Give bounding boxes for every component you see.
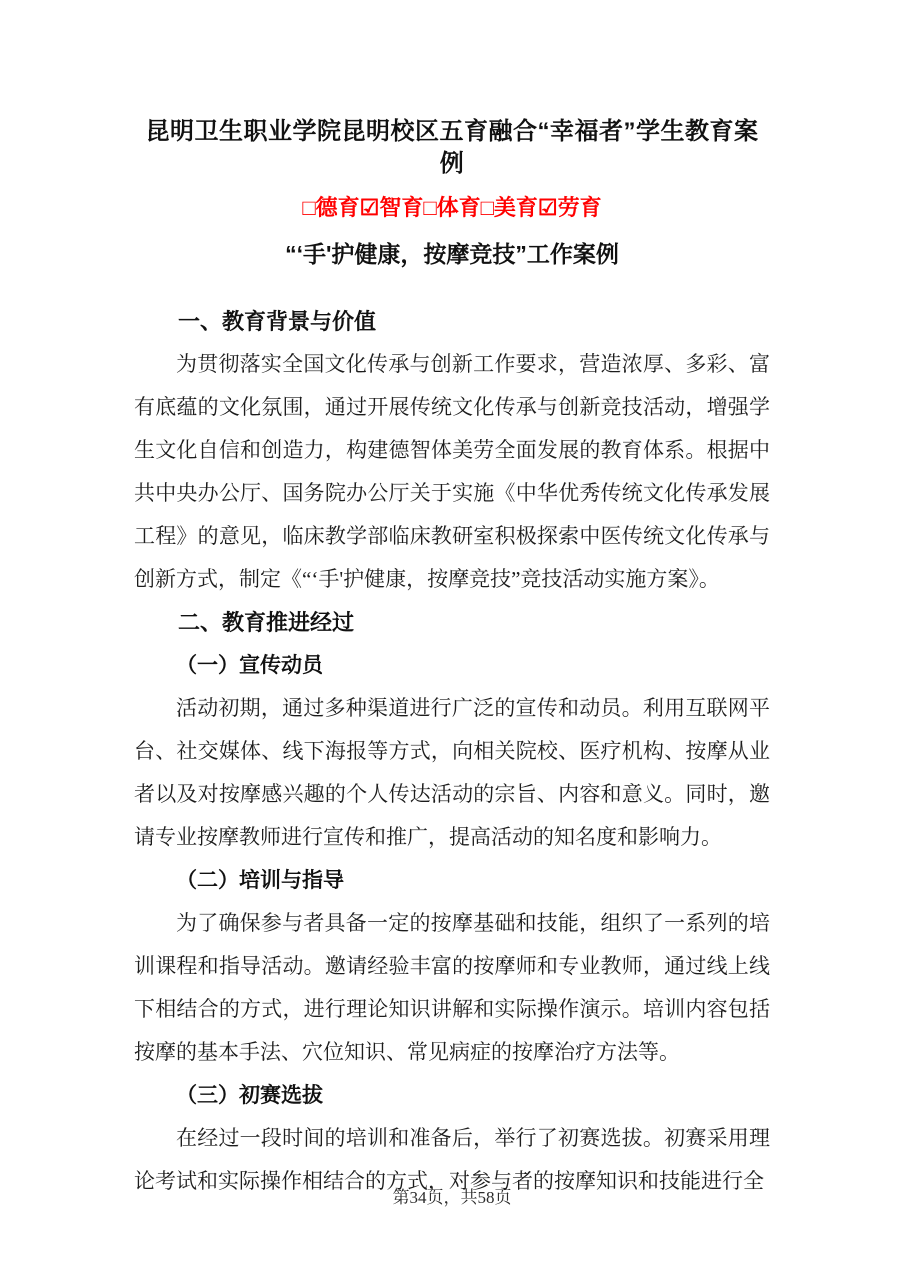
- subsection-2-1-heading: （一）宣传动员: [134, 644, 770, 687]
- subsection-2-2-paragraph: 为了确保参与者具备一定的按摩基础和技能，组织了一系列的培训课程和指导活动。邀请经…: [134, 902, 770, 1074]
- subsection-2-2-heading: （二）培训与指导: [134, 859, 770, 902]
- page-number-footer: 第34页，共58页: [0, 1186, 904, 1210]
- doc-subtitle: “‘手'护健康，按摩竞技”工作案例: [134, 238, 770, 270]
- document-body: 一、教育背景与价值 为贯彻落实全国文化传承与创新工作要求，营造浓厚、多彩、富有底…: [134, 300, 770, 1203]
- document-page: 昆明卫生职业学院昆明校区五育融合“幸福者”学生教育案例 □德育☑智育□体育□美育…: [0, 0, 904, 1280]
- section-1-paragraph: 为贯彻落实全国文化传承与创新工作要求，营造浓厚、多彩、富有底蕴的文化氛围，通过开…: [134, 343, 770, 601]
- section-2-heading: 二、教育推进经过: [134, 601, 770, 644]
- subsection-2-1-paragraph: 活动初期，通过多种渠道进行广泛的宣传和动员。利用互联网平台、社交媒体、线下海报等…: [134, 687, 770, 859]
- subsection-2-3-heading: （三）初赛选拔: [134, 1074, 770, 1117]
- five-education-checkbox-line: □德育☑智育□体育□美育☑劳育: [134, 193, 770, 223]
- section-1-heading: 一、教育背景与价值: [134, 300, 770, 343]
- page-title: 昆明卫生职业学院昆明校区五育融合“幸福者”学生教育案例: [134, 116, 770, 180]
